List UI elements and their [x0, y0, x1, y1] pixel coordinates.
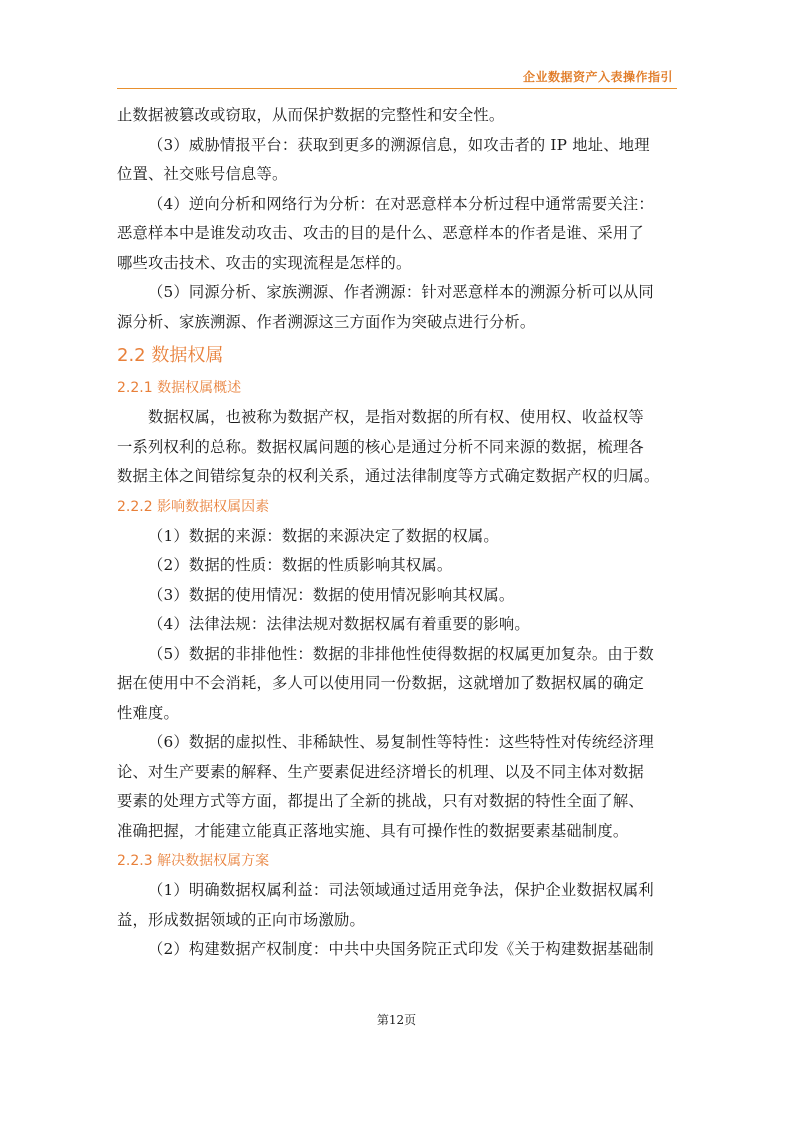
- text-line: （3）数据的使用情况：数据的使用情况影响其权属。: [117, 581, 679, 611]
- page-header: 企业数据资产入表操作指引: [117, 66, 677, 89]
- text-line: （6）数据的虚拟性、非稀缺性、易复制性等特性：这些特性对传统经济理: [117, 728, 679, 758]
- paragraph-homology-analysis: （5）同源分析、家族溯源、作者溯源：针对恶意样本的溯源分析可以从同 源分析、家族…: [117, 278, 679, 337]
- text-line: 数据主体之间错综复杂的权利关系，通过法律制度等方式确定数据产权的归属。: [117, 462, 679, 492]
- text-line: （1）数据的来源：数据的来源决定了数据的权属。: [117, 522, 679, 552]
- subsection-heading-2-2-2: 2.2.2 影响数据权属因素: [117, 492, 679, 522]
- list-item: （1）数据的来源：数据的来源决定了数据的权属。: [117, 522, 679, 552]
- text-line: 益，形成数据领域的正向市场激励。: [117, 906, 679, 936]
- text-line: （5）数据的非排他性：数据的非排他性使得数据的权属更加复杂。由于数: [117, 640, 679, 670]
- text-line: 恶意样本中是谁发动攻击、攻击的目的是什么、恶意样本的作者是谁、采用了: [117, 219, 679, 249]
- list-item: （2）数据的性质：数据的性质影响其权属。: [117, 551, 679, 581]
- list-item: （1）明确数据权属利益：司法领域通过适用竞争法，保护企业数据权属利 益，形成数据…: [117, 876, 679, 935]
- text-line: （3）威胁情报平台：获取到更多的溯源信息，如攻击者的 IP 地址、地理: [117, 131, 679, 161]
- paragraph-threat-intel: （3）威胁情报平台：获取到更多的溯源信息，如攻击者的 IP 地址、地理 位置、社…: [117, 131, 679, 190]
- page-body: 止数据被篡改或窃取，从而保护数据的完整性和安全性。 （3）威胁情报平台：获取到更…: [117, 101, 679, 965]
- text-line: （5）同源分析、家族溯源、作者溯源：针对恶意样本的溯源分析可以从同: [117, 278, 679, 308]
- text-line: 止数据被篡改或窃取，从而保护数据的完整性和安全性。: [117, 101, 679, 131]
- text-line: 位置、社交账号信息等。: [117, 160, 679, 190]
- list-item: （6）数据的虚拟性、非稀缺性、易复制性等特性：这些特性对传统经济理 论、对生产要…: [117, 728, 679, 846]
- text-line: 论、对生产要素的解释、生产要素促进经济增长的机理、以及不同主体对数据: [117, 758, 679, 788]
- text-line: （4）法律法规：法律法规对数据权属有着重要的影响。: [117, 610, 679, 640]
- list-item: （3）数据的使用情况：数据的使用情况影响其权属。: [117, 581, 679, 611]
- text-line: 准确把握，才能建立能真正落地实施、具有可操作性的数据要素基础制度。: [117, 817, 679, 847]
- section-heading-2-2: 2.2 数据权属: [117, 339, 679, 373]
- paragraph-reverse-analysis: （4）逆向分析和网络行为分析：在对恶意样本分析过程中通常需要关注： 恶意样本中是…: [117, 190, 679, 279]
- subsection-heading-2-2-3: 2.2.3 解决数据权属方案: [117, 846, 679, 876]
- text-line: 性难度。: [117, 699, 679, 729]
- text-line: 数据权属，也被称为数据产权，是指对数据的所有权、使用权、收益权等: [117, 403, 679, 433]
- text-line: 哪些攻击技术、攻击的实现流程是怎样的。: [117, 249, 679, 279]
- text-line: 一系列权利的总称。数据权属问题的核心是通过分析不同来源的数据，梳理各: [117, 433, 679, 463]
- list-item: （5）数据的非排他性：数据的非排他性使得数据的权属更加复杂。由于数 据在使用中不…: [117, 640, 679, 729]
- subsection-heading-2-2-1: 2.2.1 数据权属概述: [117, 373, 679, 403]
- text-line: （2）构建数据产权制度：中共中央国务院正式印发《关于构建数据基础制: [117, 935, 679, 965]
- text-line: （2）数据的性质：数据的性质影响其权属。: [117, 551, 679, 581]
- list-item: （2）构建数据产权制度：中共中央国务院正式印发《关于构建数据基础制: [117, 935, 679, 965]
- page-number: 第12页: [0, 1011, 793, 1028]
- paragraph: 止数据被篡改或窃取，从而保护数据的完整性和安全性。: [117, 101, 679, 131]
- document-title: 企业数据资产入表操作指引: [523, 68, 673, 85]
- paragraph-overview: 数据权属，也被称为数据产权，是指对数据的所有权、使用权、收益权等 一系列权利的总…: [117, 403, 679, 492]
- list-item: （4）法律法规：法律法规对数据权属有着重要的影响。: [117, 610, 679, 640]
- text-line: 源分析、家族溯源、作者溯源这三方面作为突破点进行分析。: [117, 308, 679, 338]
- text-line: 据在使用中不会消耗，多人可以使用同一份数据，这就增加了数据权属的确定: [117, 669, 679, 699]
- text-line: （4）逆向分析和网络行为分析：在对恶意样本分析过程中通常需要关注：: [117, 190, 679, 220]
- text-line: 要素的处理方式等方面，都提出了全新的挑战，只有对数据的特性全面了解、: [117, 787, 679, 817]
- text-line: （1）明确数据权属利益：司法领域通过适用竞争法，保护企业数据权属利: [117, 876, 679, 906]
